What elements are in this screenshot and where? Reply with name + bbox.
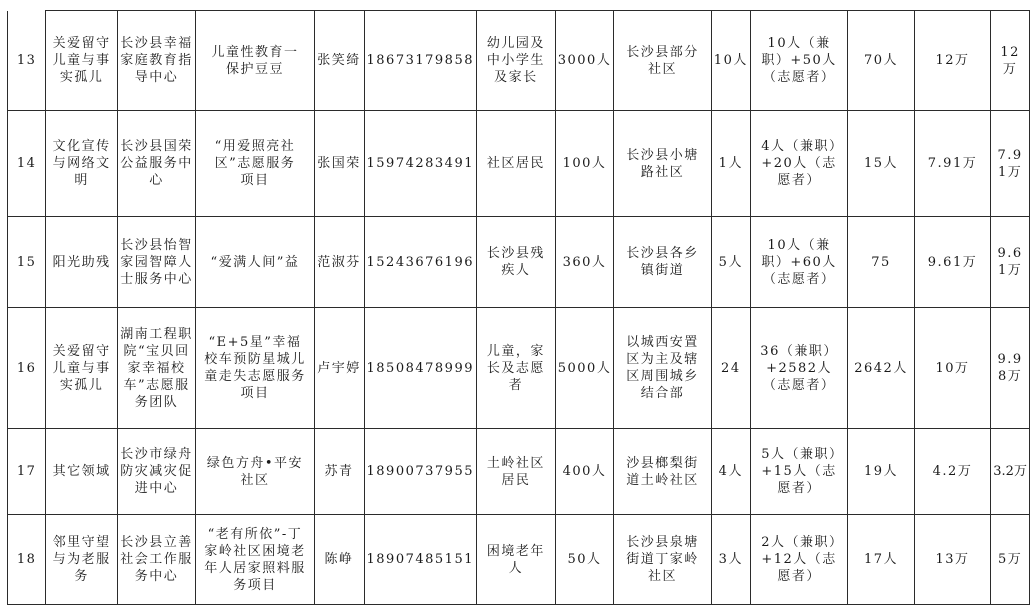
cell-staff: 24 bbox=[711, 308, 750, 429]
project-table: 13 关爱留守儿童与事实孤儿 长沙县幸福家庭教育指导中心 儿童性教育一保护豆豆 … bbox=[7, 10, 1030, 605]
cell-field: 文化宣传与网络文明 bbox=[46, 111, 117, 217]
cell-contact: 陈峥 bbox=[314, 515, 364, 605]
table-row: 18 邻里守望与为老服务 长沙县立善社会工作服务中心 “老有所依”-丁家岭社区困… bbox=[8, 515, 1030, 605]
cell-volunteers: 2人（兼职）+12人（志愿者） bbox=[750, 515, 847, 605]
table-row: 14 文化宣传与网络文明 长沙县国荣公益服务中心 “用爱照亮社区”志愿服务项目 … bbox=[8, 111, 1030, 217]
cell-budget: 4.2万 bbox=[914, 429, 990, 515]
cell-phone: 15974283491 bbox=[364, 111, 476, 217]
cell-budget: 9.61万 bbox=[914, 217, 990, 308]
cell-contact: 苏青 bbox=[314, 429, 364, 515]
table-row: 16 关爱留守儿童与事实孤儿 湖南工程职院“宝贝回家幸福校车”志愿服务团队 “E… bbox=[8, 308, 1030, 429]
cell-funding: 9.61万 bbox=[991, 217, 1030, 308]
cell-volunteers: 4人（兼职）+20人（志愿者） bbox=[750, 111, 847, 217]
cell-area: 长沙县小塘路社区 bbox=[614, 111, 711, 217]
cell-budget: 7.91万 bbox=[914, 111, 990, 217]
cell-org: 长沙县幸福家庭教育指导中心 bbox=[117, 11, 196, 111]
cell-area: 沙县榔梨街道土岭社区 bbox=[614, 429, 711, 515]
cell-phone: 18907485151 bbox=[364, 515, 476, 605]
cell-phone: 18508478999 bbox=[364, 308, 476, 429]
cell-beneficiaries: 幼儿园及中小学生及家长 bbox=[476, 11, 555, 111]
cell-volunteers: 10人（兼职）+50人（志愿者） bbox=[750, 11, 847, 111]
cell-area: 长沙县各乡镇街道 bbox=[614, 217, 711, 308]
cell-org: 长沙县怡智家园智障人士服务中心 bbox=[117, 217, 196, 308]
cell-volunteers: 10人（兼职）+60人（志愿者） bbox=[750, 217, 847, 308]
cell-no: 13 bbox=[8, 11, 46, 111]
cell-staff: 5人 bbox=[711, 217, 750, 308]
cell-total-people: 15人 bbox=[848, 111, 914, 217]
cell-total-people: 17人 bbox=[848, 515, 914, 605]
cell-beneficiaries: 儿童，家长及志愿者 bbox=[476, 308, 555, 429]
cell-phone: 18673179858 bbox=[364, 11, 476, 111]
table-row: 17 其它领域 长沙市绿舟防灾减灾促进中心 绿色方舟•平安社区 苏青 18900… bbox=[8, 429, 1030, 515]
cell-beneficiaries: 困境老年人 bbox=[476, 515, 555, 605]
table-row: 13 关爱留守儿童与事实孤儿 长沙县幸福家庭教育指导中心 儿童性教育一保护豆豆 … bbox=[8, 11, 1030, 111]
cell-org: 湖南工程职院“宝贝回家幸福校车”志愿服务团队 bbox=[117, 308, 196, 429]
cell-field: 其它领域 bbox=[46, 429, 117, 515]
cell-contact: 卢宇婷 bbox=[314, 308, 364, 429]
cell-staff: 3人 bbox=[711, 515, 750, 605]
cell-field: 关爱留守儿童与事实孤儿 bbox=[46, 308, 117, 429]
cell-contact: 范淑芬 bbox=[314, 217, 364, 308]
cell-field: 阳光助残 bbox=[46, 217, 117, 308]
cell-volunteers: 5人（兼职）+15人（志愿者） bbox=[750, 429, 847, 515]
cell-budget: 12万 bbox=[914, 11, 990, 111]
cell-budget: 10万 bbox=[914, 308, 990, 429]
cell-contact: 张笑绮 bbox=[314, 11, 364, 111]
cell-funding: 12万 bbox=[991, 11, 1030, 111]
cell-budget: 13万 bbox=[914, 515, 990, 605]
cell-staff: 1人 bbox=[711, 111, 750, 217]
cell-staff: 4人 bbox=[711, 429, 750, 515]
cell-area: 以城西安置区为主及辖区周围城乡结合部 bbox=[614, 308, 711, 429]
cell-funding: 5万 bbox=[991, 515, 1030, 605]
cell-beneficiary-count: 5000人 bbox=[555, 308, 614, 429]
cell-beneficiary-count: 400人 bbox=[555, 429, 614, 515]
cell-project: “E+5星”幸福校车预防星城儿童走失志愿服务项目 bbox=[196, 308, 314, 429]
cell-no: 17 bbox=[8, 429, 46, 515]
cell-project: “老有所依”-丁家岭社区困境老年人居家照料服务项目 bbox=[196, 515, 314, 605]
cell-funding: 3.2万 bbox=[991, 429, 1030, 515]
cell-beneficiaries: 土岭社区居民 bbox=[476, 429, 555, 515]
cell-funding: 7.91万 bbox=[991, 111, 1030, 217]
cell-funding: 9.98万 bbox=[991, 308, 1030, 429]
cell-volunteers: 36（兼职）+2582人（志愿者） bbox=[750, 308, 847, 429]
cell-beneficiary-count: 3000人 bbox=[555, 11, 614, 111]
cell-org: 长沙县立善社会工作服务中心 bbox=[117, 515, 196, 605]
cell-beneficiaries: 社区居民 bbox=[476, 111, 555, 217]
cell-project: “爱满人间”益 bbox=[196, 217, 314, 308]
cell-staff: 10人 bbox=[711, 11, 750, 111]
cell-no: 18 bbox=[8, 515, 46, 605]
cell-total-people: 70人 bbox=[848, 11, 914, 111]
cell-beneficiary-count: 100人 bbox=[555, 111, 614, 217]
cell-no: 16 bbox=[8, 308, 46, 429]
cell-field: 邻里守望与为老服务 bbox=[46, 515, 117, 605]
cell-total-people: 75 bbox=[848, 217, 914, 308]
cell-contact: 张国荣 bbox=[314, 111, 364, 217]
cell-phone: 18900737955 bbox=[364, 429, 476, 515]
cell-org: 长沙市绿舟防灾减灾促进中心 bbox=[117, 429, 196, 515]
cell-area: 长沙县部分社区 bbox=[614, 11, 711, 111]
cell-beneficiary-count: 360人 bbox=[555, 217, 614, 308]
cell-total-people: 19人 bbox=[848, 429, 914, 515]
cell-total-people: 2642人 bbox=[848, 308, 914, 429]
cell-no: 14 bbox=[8, 111, 46, 217]
cell-beneficiary-count: 50人 bbox=[555, 515, 614, 605]
cell-field: 关爱留守儿童与事实孤儿 bbox=[46, 11, 117, 111]
cell-project: 绿色方舟•平安社区 bbox=[196, 429, 314, 515]
table-row: 15 阳光助残 长沙县怡智家园智障人士服务中心 “爱满人间”益 范淑芬 1524… bbox=[8, 217, 1030, 308]
cell-area: 长沙县泉塘街道丁家岭社区 bbox=[614, 515, 711, 605]
cell-org: 长沙县国荣公益服务中心 bbox=[117, 111, 196, 217]
cell-no: 15 bbox=[8, 217, 46, 308]
cell-project: 儿童性教育一保护豆豆 bbox=[196, 11, 314, 111]
cell-phone: 15243676196 bbox=[364, 217, 476, 308]
cell-project: “用爱照亮社区”志愿服务项目 bbox=[196, 111, 314, 217]
cell-beneficiaries: 长沙县残疾人 bbox=[476, 217, 555, 308]
